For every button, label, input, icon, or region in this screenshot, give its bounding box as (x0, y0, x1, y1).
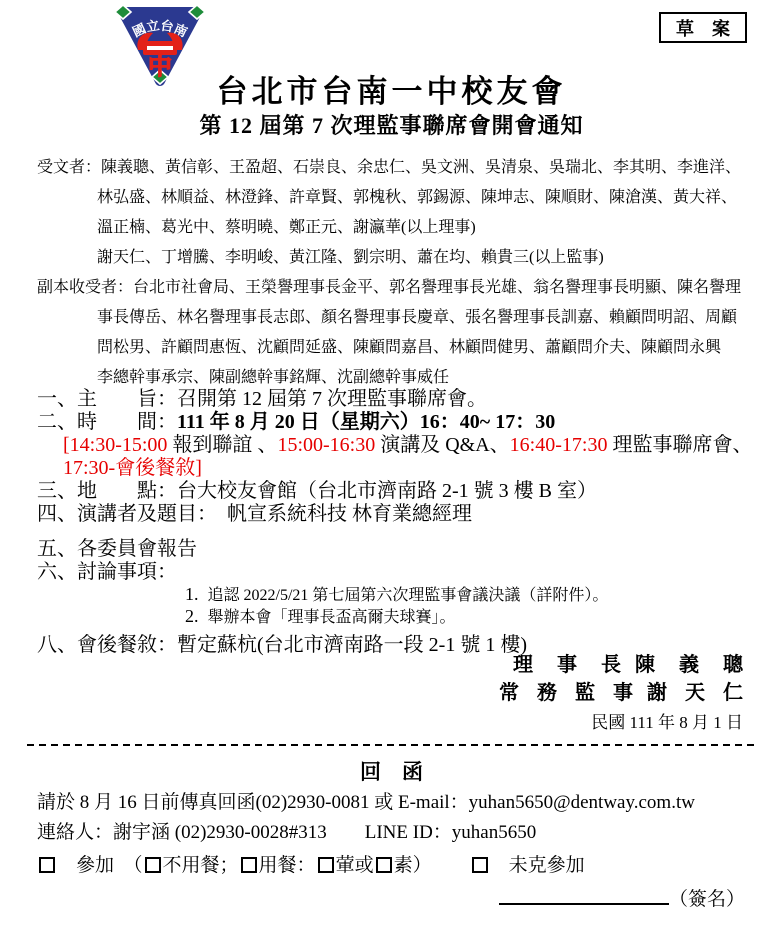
meat-checkbox[interactable] (318, 857, 334, 873)
cc-label: 副本收受者： (37, 279, 133, 296)
cc-line: 問松男、許顧問惠恆、沈顧問延盛、陳顧問嘉昌、林顧問健男、蕭顧問介夫、陳顧問永興 (37, 333, 773, 363)
draft-stamp: 草 案 (659, 12, 747, 43)
reply-form-section: 請於 8 月 16 日前傳真回函(02)2930-0081 或 E-mail：y… (37, 788, 777, 881)
recipients-line: 受文者：陳義聰、黃信彰、王盈超、石崇良、余忠仁、吳文洲、吳清泉、吳瑞北、李其明、… (37, 153, 773, 183)
agenda-item-speaker: 四、演講者及題目： 帆宣系統科技 林育業總經理 (37, 503, 777, 526)
meeting-notice-document: 國立台南 中 草 案 台北市台南一中校友會 第 12 屆第 7 次理監事聯席會開… (0, 0, 783, 936)
schedule-time: 15:00-16:30 (277, 434, 375, 456)
no-meal-label: 不用餐； (163, 855, 239, 876)
agenda-item-time: 二、時 間：111 年 8 月 20 日（星期六）16：40~ 17：30 (37, 411, 777, 434)
item-text: 帆宣系統科技 林育業總經理 (207, 503, 472, 525)
attend-label: 參加 (57, 855, 133, 876)
discussion-subitem: 2.舉辦本會「理事長盃高爾夫球賽」。 (37, 606, 777, 628)
reply-options-row: 參加 （不用餐；用餐：葷或素） 未克參加 (37, 851, 777, 881)
item-text: 會後餐敘：暫定蘇杭(台北市濟南路一段 2-1 號 1 樓) (77, 634, 527, 656)
item-number: 八、 (37, 634, 77, 656)
item-number: 三、 (37, 480, 77, 502)
schedule-activity: 報到聯誼 、 (167, 434, 277, 456)
meal-checkbox[interactable] (241, 857, 257, 873)
schedule-activity: 理監事聯席會、 (607, 434, 752, 456)
reply-form-title: 回 函 (0, 756, 783, 786)
schedule-line: 17:30-會後餐敘] (37, 457, 777, 480)
chairman-signature: 理事長陳義聰 (499, 651, 743, 679)
supervisor-role: 常務監事 (499, 682, 651, 704)
item-label: 主 旨： (77, 388, 177, 410)
item-text: 各委員會報告 (77, 538, 197, 560)
cc-line: 事長傳岳、林名譽理事長志郎、顏名譽理事長慶章、張名譽理事長訓嘉、賴顧問明詔、周顧 (37, 303, 773, 333)
subitem-number: 1. (185, 584, 199, 604)
subitem-text: 舉辦本會「理事長盃高爾夫球賽」。 (208, 609, 456, 626)
discussion-subitem: 1.追認 2022/5/21 第七屆第六次理監事會議決議（詳附件）。 (37, 584, 777, 606)
draft-label: 草 案 (676, 15, 730, 41)
chairman-name: 陳義聰 (635, 654, 767, 676)
sign-label: （簽名） (669, 889, 745, 910)
no-meal-checkbox[interactable] (145, 857, 161, 873)
item-number: 一、 (37, 388, 77, 410)
signature-block: 理事長陳義聰 常務監事謝天仁 民國 111 年 8 月 1 日 (499, 651, 743, 736)
subitem-number: 2. (185, 606, 199, 626)
supervisor-signature: 常務監事謝天仁 (499, 679, 743, 707)
item-text: 台大校友會館（台北市濟南路 2-1 號 3 樓 B 室） (177, 480, 597, 502)
cc-line: 副本收受者：台北市社會局、王榮譽理事長金平、郭名譽理事長光雄、翁名譽理事長明顯、… (37, 273, 773, 303)
signature-field[interactable] (499, 884, 669, 905)
reply-contact-line: 連絡人：謝宇涵 (02)2930-0028#313 LINE ID：yuhan5… (37, 818, 777, 848)
item-number: 二、 (37, 411, 77, 433)
decline-checkbox[interactable] (472, 857, 488, 873)
paren-open: （ (133, 855, 143, 876)
recipients-line: 溫正楠、葛光中、蔡明曉、鄭正元、謝瀛華(以上理事) (37, 213, 773, 243)
veg-label: 素） (394, 855, 432, 876)
cc-names: 台北市社會局、王榮譽理事長金平、郭名譽理事長光雄、翁名譽理事長明顯、陳名譽理 (133, 279, 741, 296)
agenda-item-subject: 一、主 旨：召開第 12 屆第 7 次理監事聯席會。 (37, 388, 777, 411)
schedule-time: 17:30-會後餐敘] (63, 457, 202, 479)
recipients-line: 謝天仁、丁增騰、李明峻、黃江隆、劉宗明、蕭在均、賴貴三(以上監事) (37, 243, 773, 273)
divider-dashed-line (27, 744, 755, 746)
agenda-item-reports: 五、各委員會報告 (37, 538, 777, 561)
recipients-label: 受文者： (37, 159, 101, 176)
document-date: 民國 111 年 8 月 1 日 (499, 710, 743, 736)
veg-checkbox[interactable] (376, 857, 392, 873)
attend-checkbox[interactable] (39, 857, 55, 873)
subitem-text: 追認 2022/5/21 第七屆第六次理監事會議決議（詳附件）。 (208, 587, 609, 604)
reply-fax-email-line: 請於 8 月 16 日前傳真回函(02)2930-0081 或 E-mail：y… (37, 788, 777, 818)
schedule-line: [14:30-15:00 報到聯誼 、15:00-16:30 演講及 Q&A、1… (37, 434, 777, 457)
meeting-datetime: 111 年 8 月 20 日（星期六）16：40~ 17：30 (177, 411, 555, 433)
item-text: 討論事項： (77, 561, 177, 583)
decline-label: 未克參加 (490, 855, 585, 876)
item-label: 地 點： (77, 480, 177, 502)
supervisor-name: 謝天仁 (647, 682, 761, 704)
agenda-item-discussion: 六、討論事項： (37, 561, 777, 584)
page-subtitle: 第 12 屆第 7 次理監事聯席會開會通知 (0, 109, 783, 140)
item-label: 演講者及題目： (77, 503, 207, 525)
recipients-section: 受文者：陳義聰、黃信彰、王盈超、石崇良、余忠仁、吳文洲、吳清泉、吳瑞北、李其明、… (37, 153, 773, 393)
recipients-names: 陳義聰、黃信彰、王盈超、石崇良、余忠仁、吳文洲、吳清泉、吳瑞北、李其明、李進洋、 (101, 159, 741, 176)
agenda-section: 一、主 旨：召開第 12 屆第 7 次理監事聯席會。 二、時 間：111 年 8… (37, 388, 777, 657)
schedule-time: 16:40-17:30 (510, 434, 608, 456)
logo-bar-white-stroke (147, 46, 173, 50)
page-title: 台北市台南一中校友會 (0, 66, 783, 111)
schedule-activity: 演講及 Q&A、 (375, 434, 509, 456)
recipients-line: 林弘盛、林順益、林澄鋒、許章賢、郭槐秋、郭錫源、陳坤志、陳順財、陳滄漢、黃大祥、 (37, 183, 773, 213)
item-number: 五、 (37, 538, 77, 560)
agenda-item-place: 三、地 點：台大校友會館（台北市濟南路 2-1 號 3 樓 B 室） (37, 480, 777, 503)
chairman-role: 理事長 (513, 654, 645, 676)
meal-label: 用餐： (259, 855, 316, 876)
item-text: 召開第 12 屆第 7 次理監事聯席會。 (177, 388, 487, 410)
item-label: 時 間： (77, 411, 177, 433)
meat-label: 葷或 (336, 855, 374, 876)
item-number: 四、 (37, 503, 77, 525)
schedule-time: [14:30-15:00 (63, 434, 167, 456)
signature-row: （簽名） (499, 884, 745, 911)
item-number: 六、 (37, 561, 77, 583)
